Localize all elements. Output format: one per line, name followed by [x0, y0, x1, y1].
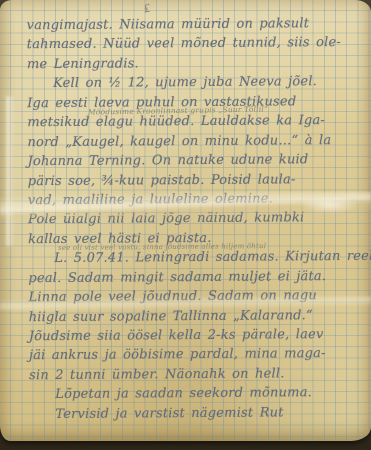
letter-line: hiigla suur sopaline Tallinna „Kalarand.… [29, 305, 365, 327]
letter-line: Jõudsime siia öösel kella 2-ks pärale, l… [29, 325, 365, 347]
pencil-page-mark: ₤ [143, 1, 152, 17]
paper-crease [6, 96, 16, 246]
letter-line: me Leningradis. [27, 53, 363, 75]
letter-line: Tervisid ja varstist nägemist Rut [29, 403, 365, 425]
letter-line: vad, maaliline ja luuleline olemine. [28, 189, 364, 211]
letter-line: Lõpetan ja saadan seekord mõnuma. [29, 383, 365, 405]
letter-line: Linna pole veel jõudnud. Sadam on nagu [28, 286, 364, 308]
scanned-letter: ₤ vangimajast. Niisama müürid on paksult… [0, 0, 371, 450]
letter-line: nord „Kaugel, kaugel on minu kodu…“ à la [27, 130, 363, 152]
letter-body: vangimajast. Niisama müürid on paksultta… [27, 14, 366, 425]
letter-line: peal. Sadam mingit sadama muljet ei jäta… [28, 267, 364, 289]
letter-line: Johanna Terning. On natuke udune kuid [28, 150, 364, 172]
letter-line: sin 2 tunni ümber. Näonahk on hell. [29, 364, 365, 386]
letter-line: jäi ankrus ja ööbisime pardal, mina maga… [29, 344, 365, 366]
letter-line: päris soe, ¾-kuu paistab. Poisid laula- [28, 169, 364, 191]
letter-line: vangimajast. Niisama müürid on paksult [27, 14, 363, 36]
letter-line: Kell on ½ 12, ujume juba Neeva jõel. [27, 72, 363, 94]
graph-paper-sheet: ₤ vangimajast. Niisama müürid on paksult… [0, 0, 371, 441]
letter-line: Pole üialgi nii laia jõge näinud, kumbki [28, 208, 364, 230]
letter-line: tahmased. Nüüd veel mõned tunnid, siis o… [27, 33, 363, 55]
